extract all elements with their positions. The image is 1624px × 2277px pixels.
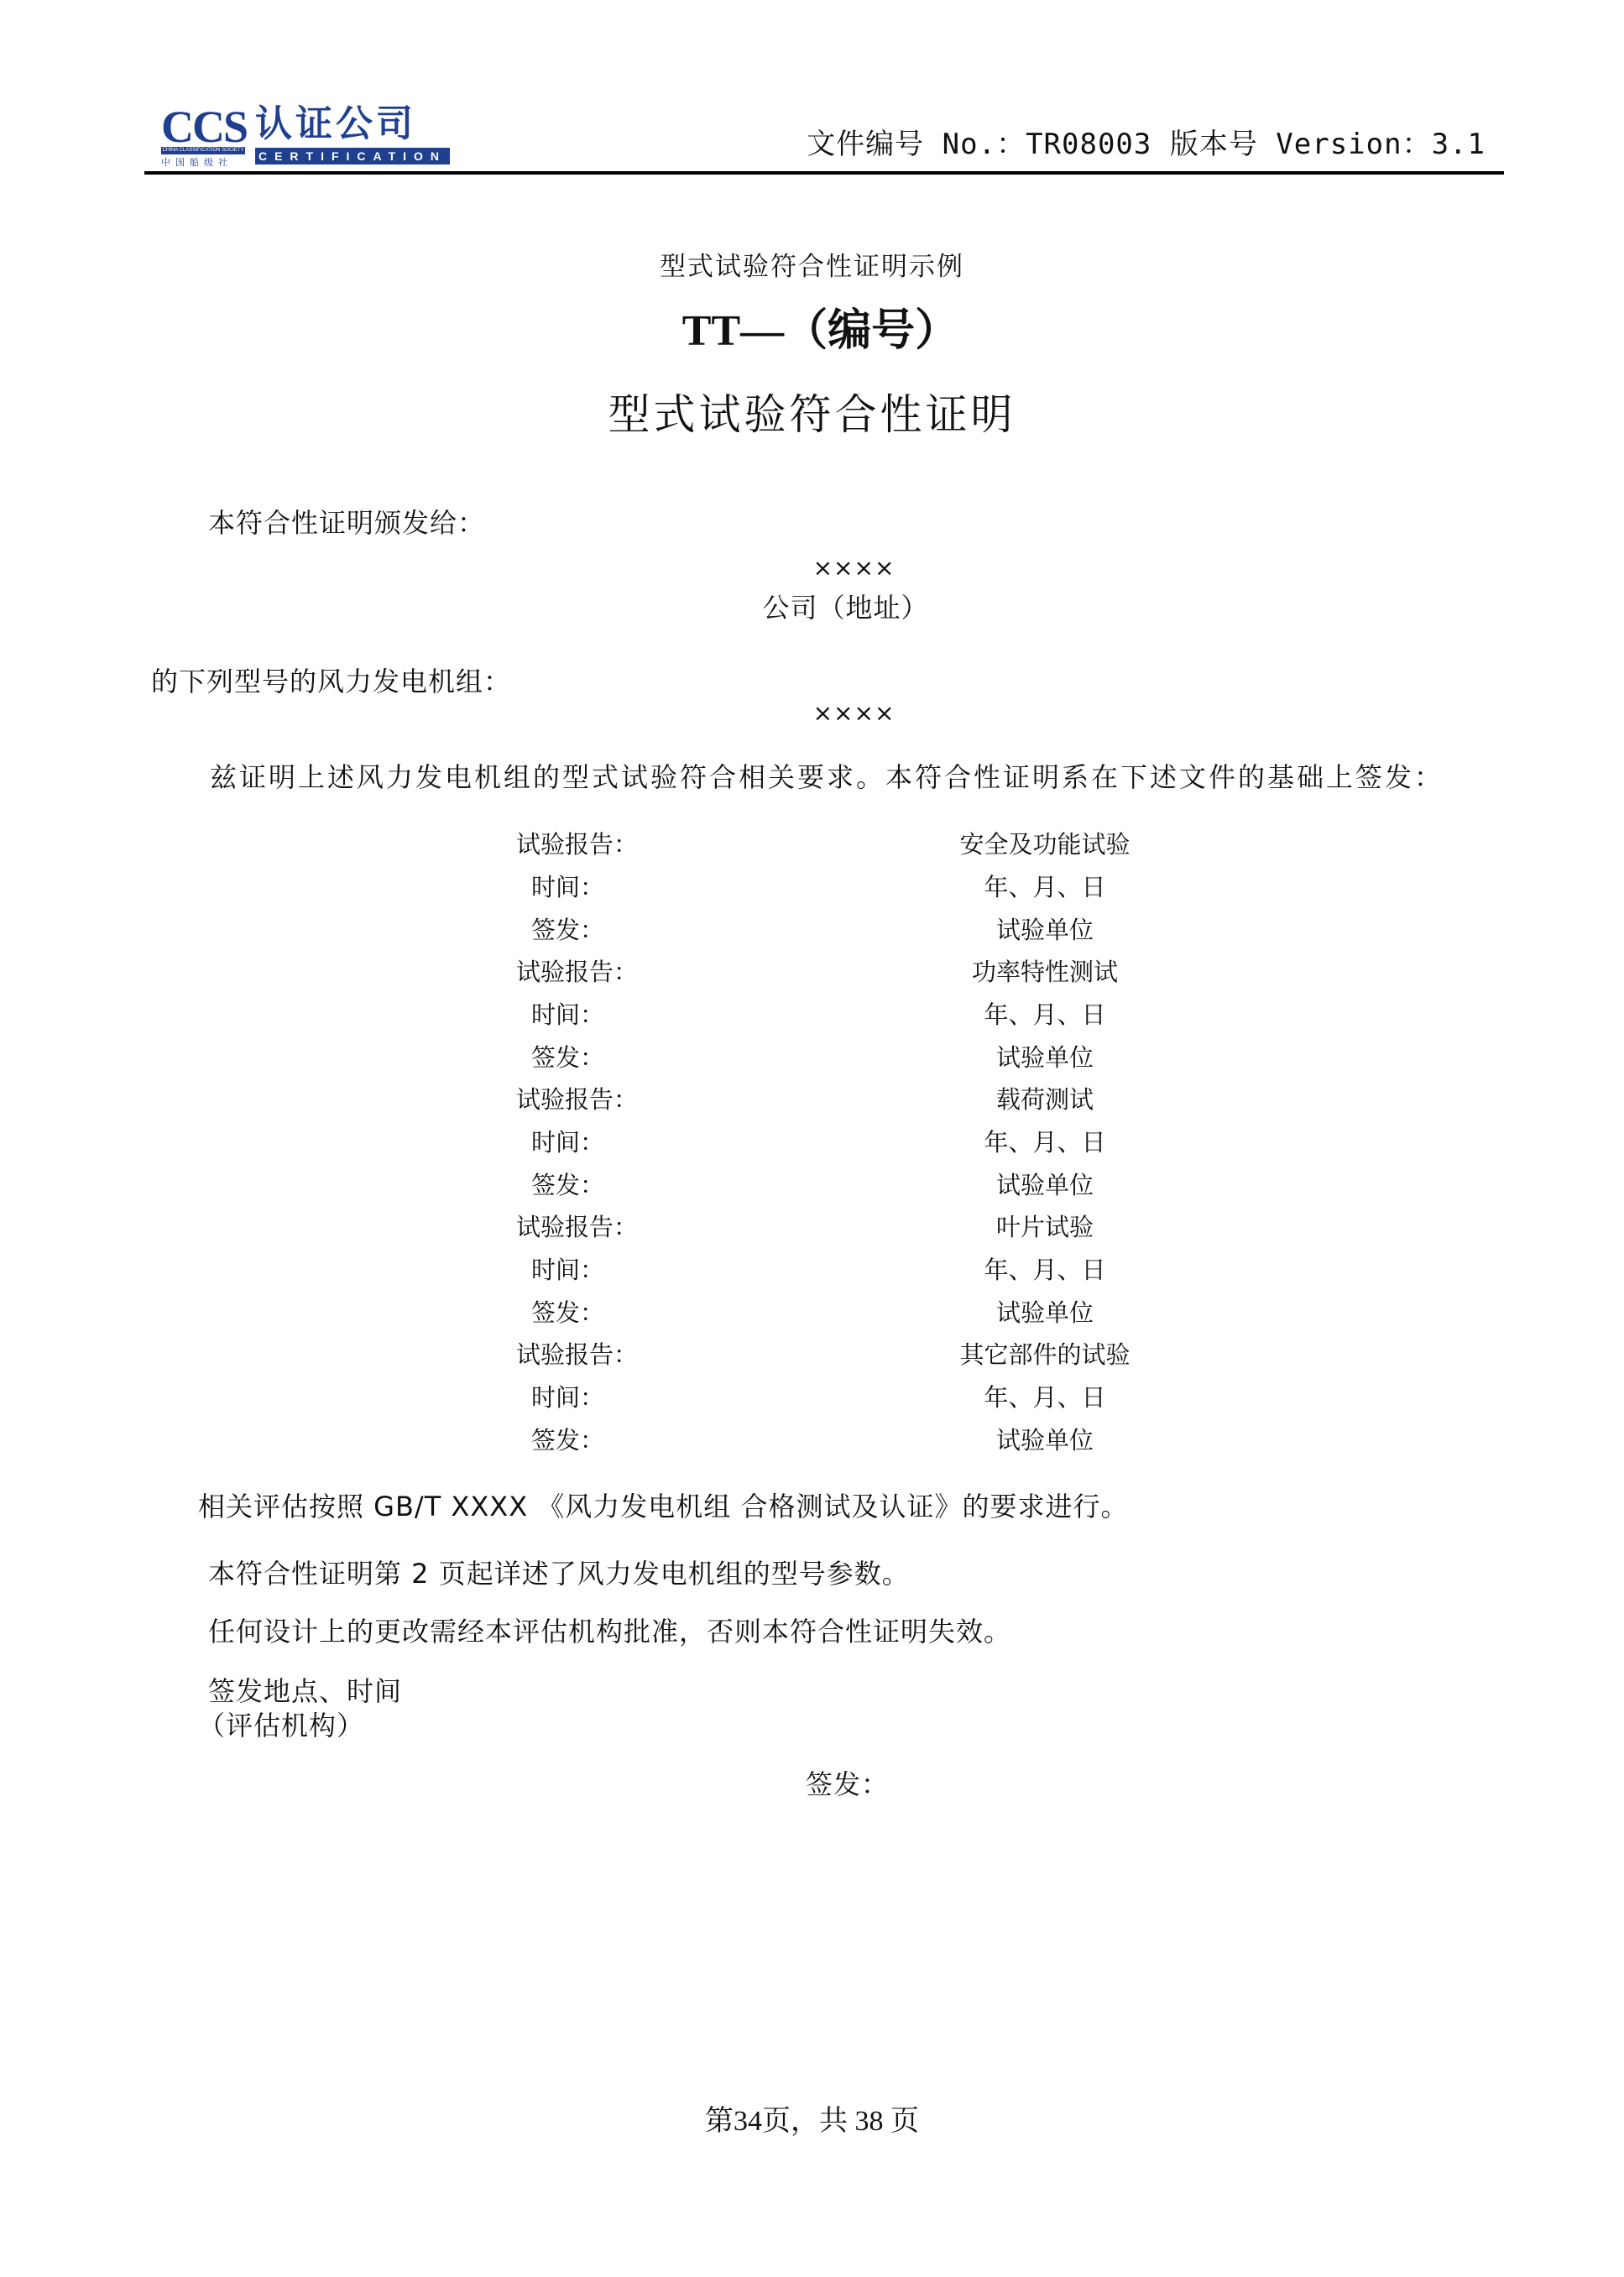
certificate-number-suffix: （编号）	[784, 306, 958, 356]
header-divider	[144, 171, 1504, 175]
evaluation-note: 相关评估按照 GB/T XXXX 《风力发电机组 合格测试及认证》的要求进行。	[198, 1490, 1128, 1523]
time-value: 年、月、日	[923, 872, 1167, 902]
issuer-value: 试验单位	[923, 1042, 1167, 1073]
ccs-certification-logo: CCS CHINA CLASSIFICATION SOCIETY 中国船级社 认…	[161, 104, 455, 165]
issuer-value: 试验单位	[923, 915, 1167, 945]
certificate-number-prefix: TT—	[682, 307, 784, 355]
document-number: 文件编号 No.：TR08003 版本号 Version：3.1	[807, 128, 1486, 161]
time-value: 年、月、日	[923, 1000, 1167, 1030]
time-value: 年、月、日	[923, 1255, 1167, 1285]
company-placeholder: ××××	[0, 551, 1624, 585]
issued-to-label: 本符合性证明颁发给：	[208, 506, 485, 540]
report-label: 试验报告：	[470, 1212, 638, 1242]
page2-note: 本符合性证明第 2 页起详述了风力发电机组的型号参数。	[208, 1557, 910, 1590]
time-label: 时间：	[487, 1127, 604, 1157]
issue-place-time: 签发地点、时间	[208, 1674, 402, 1708]
report-label: 试验报告：	[470, 1340, 638, 1370]
time-label: 时间：	[487, 1382, 604, 1413]
time-label: 时间：	[487, 1255, 604, 1285]
report-value: 载荷测试	[923, 1084, 1167, 1115]
time-label: 时间：	[487, 1000, 604, 1030]
report-label: 试验报告：	[470, 1084, 638, 1115]
page-number: 第34页，共 38 页	[0, 2105, 1624, 2139]
report-label: 试验报告：	[470, 957, 638, 987]
logo-society-en: CHINA CLASSIFICATION SOCIETY	[161, 147, 245, 154]
report-value: 功率特性测试	[923, 957, 1167, 987]
design-change-note: 任何设计上的更改需经本评估机构批准，否则本符合性证明失效。	[208, 1615, 1011, 1648]
issuer-label: 签发：	[487, 1042, 604, 1073]
report-value: 其它部件的试验	[923, 1340, 1167, 1370]
company-address: 公司（地址）	[0, 591, 1624, 624]
issuer-value: 试验单位	[923, 1170, 1167, 1200]
evaluation-agency: （评估机构）	[198, 1709, 364, 1742]
page-title: 型式试验符合性证明	[0, 388, 1624, 441]
turbine-placeholder: ××××	[0, 697, 1624, 730]
report-label: 试验报告：	[470, 829, 638, 859]
time-value: 年、月、日	[923, 1127, 1167, 1157]
logo-name-cn: 认证公司	[255, 104, 416, 144]
report-value: 安全及功能试验	[923, 829, 1167, 859]
issuer-value: 试验单位	[923, 1298, 1167, 1328]
signature-label: 签发：	[806, 1768, 889, 1801]
report-value: 叶片试验	[923, 1212, 1167, 1242]
logo-name-en: CERTIFICATION	[255, 148, 450, 165]
issuer-label: 签发：	[487, 915, 604, 945]
document-subtitle: 型式试验符合性证明示例	[0, 250, 1624, 284]
logo-abbr: CCS	[161, 104, 247, 149]
issuer-label: 签发：	[487, 1170, 604, 1200]
issuer-value: 试验单位	[923, 1425, 1167, 1455]
certificate-number: TT—（编号）	[0, 304, 1624, 358]
time-value: 年、月、日	[923, 1382, 1167, 1413]
turbine-label: 的下列型号的风力发电机组：	[151, 665, 511, 698]
issuer-label: 签发：	[487, 1425, 604, 1455]
issuer-label: 签发：	[487, 1298, 604, 1328]
certificate-statement: 兹证明上述风力发电机组的型式试验符合相关要求。本符合性证明系在下述文件的基础上签…	[210, 760, 1444, 794]
time-label: 时间：	[487, 872, 604, 902]
logo-society-cn: 中国船级社	[161, 155, 232, 169]
